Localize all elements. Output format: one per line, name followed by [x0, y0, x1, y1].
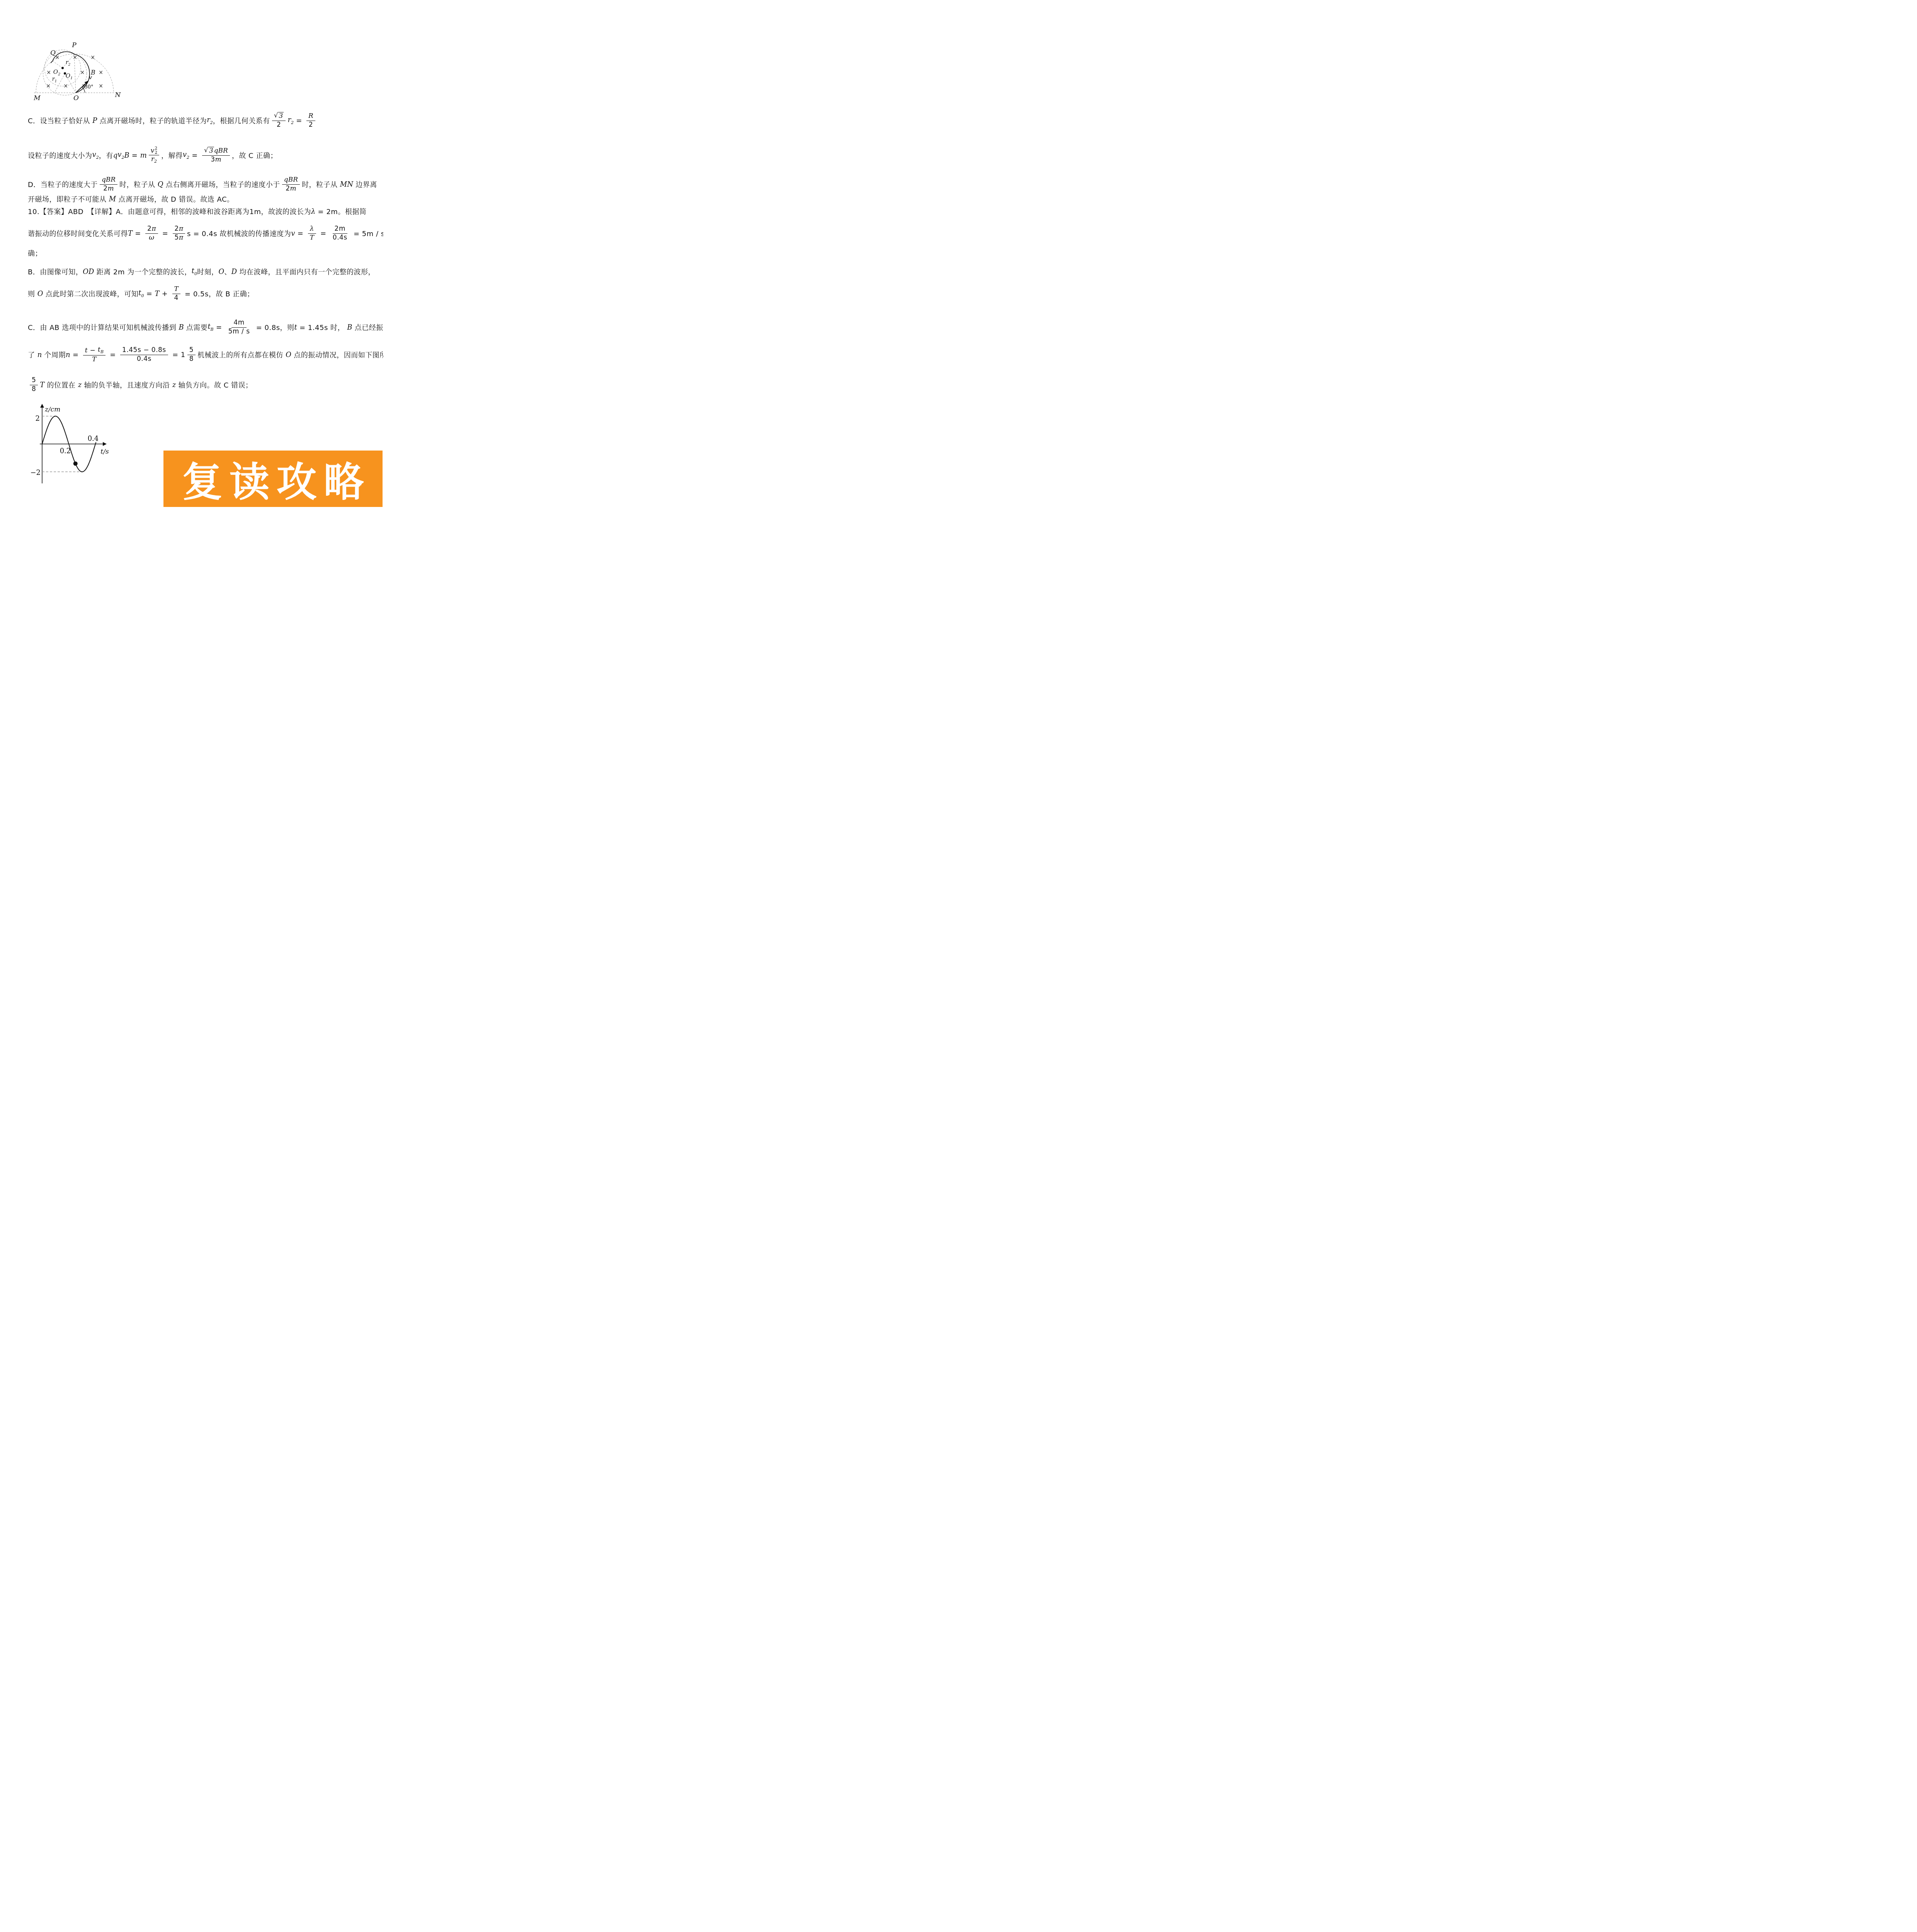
fraction: √3qBR3m	[202, 147, 230, 163]
fraction: qBR2m	[100, 176, 117, 192]
x-tick-0-2: 0.2	[60, 447, 71, 455]
field-cross-icon: ×	[46, 70, 51, 76]
graph-axes	[40, 404, 107, 483]
y-tick-2: 2	[36, 415, 40, 423]
solution-line-b-conclusion: 则 O 点此时第二次出现波峰，可知t0 = T + T4 = 0.5s，故 B …	[28, 285, 254, 303]
fraction: 2m0.4s	[331, 225, 349, 241]
field-cross-icon: ×	[99, 70, 103, 76]
marked-point-dot	[73, 461, 78, 466]
solution-line-a-period: 谐振动的位移时间变化关系可得T = 2πω = 2π5πs = 0.4s 故机械…	[28, 222, 383, 245]
solution-line-d-conclusion: 开磁场，即粒子不可能从 M 点离开磁场，故 D 错误。故选 AC。	[28, 195, 234, 203]
x-tick-0-4: 0.4	[88, 435, 99, 443]
solution-line-a-end: 确；	[28, 249, 42, 257]
promo-banner: 复读攻略	[163, 451, 383, 507]
diagram-label-point-N: N	[115, 91, 121, 99]
magnetic-field-diagram: ×××××××××× PQMNOO1O2r1r2Bv30°	[31, 41, 124, 104]
field-cross-icon: ×	[73, 54, 77, 61]
field-cross-icon: ×	[46, 83, 51, 89]
diagram-label-center-O1: O1	[66, 72, 73, 80]
fraction: 4m5m / s	[226, 319, 252, 335]
oscillation-graph: z/cmt/s2−20.20.4	[30, 403, 113, 486]
fraction: R2	[306, 112, 315, 129]
y-axis-arrow	[40, 404, 44, 408]
solution-line-c10-option: C．由 AB 选项中的计算结果可知机械波传播到 B 点需要tB = 4m5m /…	[28, 316, 383, 339]
diagram-label-point-P: P	[71, 41, 77, 49]
fraction: 2πω	[145, 225, 158, 241]
fraction: 1.45s − 0.8s0.4s	[120, 347, 168, 363]
fraction: 58	[30, 377, 38, 393]
diagram-label-radius-r2: r2	[66, 60, 71, 67]
solution-line-v2-solve: 设粒子的速度大小为v2，有qv2B = mv22r2，解得v2 = √3qBR3…	[28, 143, 277, 168]
diagram-label-point-Q: Q	[50, 49, 56, 57]
y-axis-label: z/cm	[44, 406, 60, 413]
diagram-label-point-O: O	[73, 94, 79, 102]
solution-line-c10-conclusion: 58T 的位置在 z 轴的负半轴，且速度方向沿 z 轴负方向。故 C 错误；	[28, 377, 252, 393]
solution-line-b-option: B．由图像可知，OD 距离 2m 为一个完整的波长，t0时刻，O、D 均在波峰，…	[28, 267, 375, 276]
diagram-label-radius-r1: r1	[52, 76, 57, 83]
y-tick-neg2: −2	[30, 469, 41, 477]
diagram-label-velocity-v: v	[89, 74, 92, 81]
solution-line-c10-periods: 了 n 个周期n = t − tBT = 1.45s − 0.8s0.4s = …	[28, 346, 383, 363]
fraction: t − tBT	[83, 346, 105, 364]
o2-q-dashed	[53, 61, 63, 68]
field-cross-icon: ×	[63, 83, 68, 89]
diagram-label-point-M: M	[33, 94, 41, 102]
fraction: T4	[172, 286, 180, 302]
diagram-label-angle-30: 30°	[84, 84, 93, 90]
solution-line-q10-answer: 10.【答案】ABD 【详解】A．由题意可得，相邻的波峰和波谷距离为1m，故波的…	[28, 207, 366, 216]
fraction: qBR2m	[282, 176, 300, 192]
fraction: √32	[272, 112, 286, 129]
x-axis-label: t/s	[100, 448, 109, 456]
fraction: 2π5π	[173, 225, 185, 241]
field-cross-icon: ×	[90, 54, 95, 61]
field-cross-icon: ×	[80, 70, 85, 76]
center-dot-o2	[61, 67, 64, 69]
fraction: λT	[308, 225, 316, 241]
fraction: v22r2	[149, 146, 160, 164]
solution-line-c-option: C．设当粒子恰好从 P 点离开磁场时，粒子的轨道半径为r2，根据几何关系有√32…	[28, 109, 317, 132]
diagram-label-center-O2: O2	[53, 68, 61, 77]
field-cross-icon: ×	[99, 83, 103, 89]
fraction: 58	[187, 347, 196, 363]
x-axis-arrow	[103, 442, 107, 446]
solution-line-d-option: D．当粒子的速度大于qBR2m时，粒子从 Q 点右侧离开磁场，当粒子的速度小于q…	[28, 172, 377, 197]
